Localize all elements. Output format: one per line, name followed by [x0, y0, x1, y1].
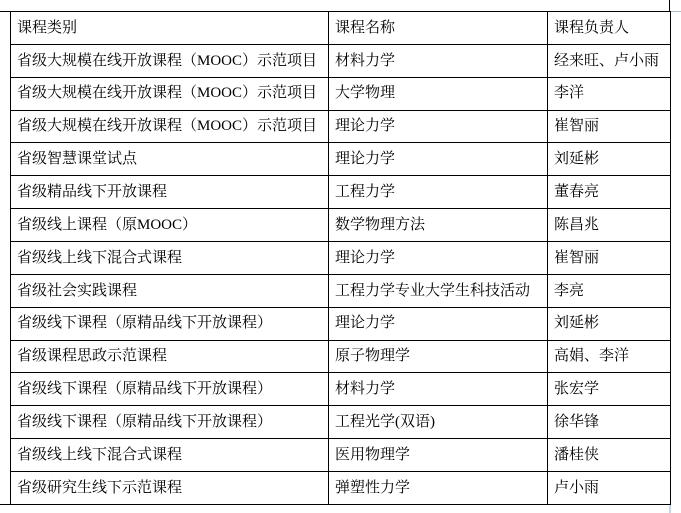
page-edge-blue-line: [669, 505, 671, 513]
cell-leader: 张宏学: [548, 373, 671, 406]
cell-course: 大学物理: [329, 77, 548, 110]
cell-course: 材料力学: [329, 373, 548, 406]
document-page: 课程类别 课程名称 课程负责人 省级大规模在线开放课程（MOOC）示范项目 材料…: [0, 0, 681, 513]
cell-category: 省级线上课程（原MOOC）: [11, 209, 329, 242]
cell-category: 省级大规模在线开放课程（MOOC）示范项目: [11, 44, 329, 77]
table-row: 省级大规模在线开放课程（MOOC）示范项目 大学物理 李洋: [11, 77, 671, 110]
course-table: 课程类别 课程名称 课程负责人 省级大规模在线开放课程（MOOC）示范项目 材料…: [10, 11, 671, 505]
table-row: 省级精品线下开放课程 工程力学 董春亮: [11, 176, 671, 209]
table-row: 省级社会实践课程 工程力学专业大学生科技活动 李亮: [11, 274, 671, 307]
cell-category: 省级线下课程（原精品线下开放课程）: [11, 406, 329, 439]
cell-category: 省级社会实践课程: [11, 274, 329, 307]
header-cell-course: 课程名称: [329, 12, 548, 45]
cell-category: 省级线下课程（原精品线下开放课程）: [11, 373, 329, 406]
cell-course: 工程力学: [329, 176, 548, 209]
cell-course: 理论力学: [329, 307, 548, 340]
cell-category: 省级大规模在线开放课程（MOOC）示范项目: [11, 110, 329, 143]
table-row: 省级课程思政示范课程 原子物理学 高娟、李洋: [11, 340, 671, 373]
header-cell-category: 课程类别: [11, 12, 329, 45]
cell-course: 理论力学: [329, 242, 548, 275]
cell-category: 省级精品线下开放课程: [11, 176, 329, 209]
cell-category: 省级线上线下混合式课程: [11, 242, 329, 275]
cell-course: 理论力学: [329, 143, 548, 176]
cell-leader: 高娟、李洋: [548, 340, 671, 373]
table-row: 省级线下课程（原精品线下开放课程） 理论力学 刘延彬: [11, 307, 671, 340]
table-row: 省级智慧课堂试点 理论力学 刘延彬: [11, 143, 671, 176]
cell-category: 省级课程思政示范课程: [11, 340, 329, 373]
cell-leader: 徐华锋: [548, 406, 671, 439]
cell-course: 理论力学: [329, 110, 548, 143]
cell-category: 省级线下课程（原精品线下开放课程）: [11, 307, 329, 340]
cell-category: 省级大规模在线开放课程（MOOC）示范项目: [11, 77, 329, 110]
cell-course: 材料力学: [329, 44, 548, 77]
cell-course: 工程光学(双语): [329, 406, 548, 439]
cell-leader: 陈昌兆: [548, 209, 671, 242]
cell-course: 医用物理学: [329, 439, 548, 472]
cell-category: 省级研究生线下示范课程: [11, 472, 329, 505]
cell-leader: 刘延彬: [548, 307, 671, 340]
cell-leader: 卢小雨: [548, 472, 671, 505]
cell-course: 工程力学专业大学生科技活动: [329, 274, 548, 307]
table-row: 省级大规模在线开放课程（MOOC）示范项目 材料力学 经来旺、卢小雨: [11, 44, 671, 77]
cell-leader: 李亮: [548, 274, 671, 307]
cell-leader: 刘延彬: [548, 143, 671, 176]
cell-leader: 经来旺、卢小雨: [548, 44, 671, 77]
table-header-row: 课程类别 课程名称 课程负责人: [11, 12, 671, 45]
cell-category: 省级线上线下混合式课程: [11, 439, 329, 472]
cell-leader: 董春亮: [548, 176, 671, 209]
table-row: 省级线下课程（原精品线下开放课程） 工程光学(双语) 徐华锋: [11, 406, 671, 439]
cell-leader: 李洋: [548, 77, 671, 110]
cell-course: 弹塑性力学: [329, 472, 548, 505]
cell-category: 省级智慧课堂试点: [11, 143, 329, 176]
table-row: 省级研究生线下示范课程 弹塑性力学 卢小雨: [11, 472, 671, 505]
cell-course: 原子物理学: [329, 340, 548, 373]
cell-course: 数学物理方法: [329, 209, 548, 242]
cell-leader: 崔智丽: [548, 110, 671, 143]
table-row: 省级线下课程（原精品线下开放课程） 材料力学 张宏学: [11, 373, 671, 406]
table-row: 省级线上线下混合式课程 医用物理学 潘桂侠: [11, 439, 671, 472]
table-row: 省级大规模在线开放课程（MOOC）示范项目 理论力学 崔智丽: [11, 110, 671, 143]
page-edge-gray-line: [670, 11, 681, 12]
cell-leader: 潘桂侠: [548, 439, 671, 472]
table-row: 省级线上线下混合式课程 理论力学 崔智丽: [11, 242, 671, 275]
header-cell-leader: 课程负责人: [548, 12, 671, 45]
cell-leader: 崔智丽: [548, 242, 671, 275]
table-row: 省级线上课程（原MOOC） 数学物理方法 陈昌兆: [11, 209, 671, 242]
